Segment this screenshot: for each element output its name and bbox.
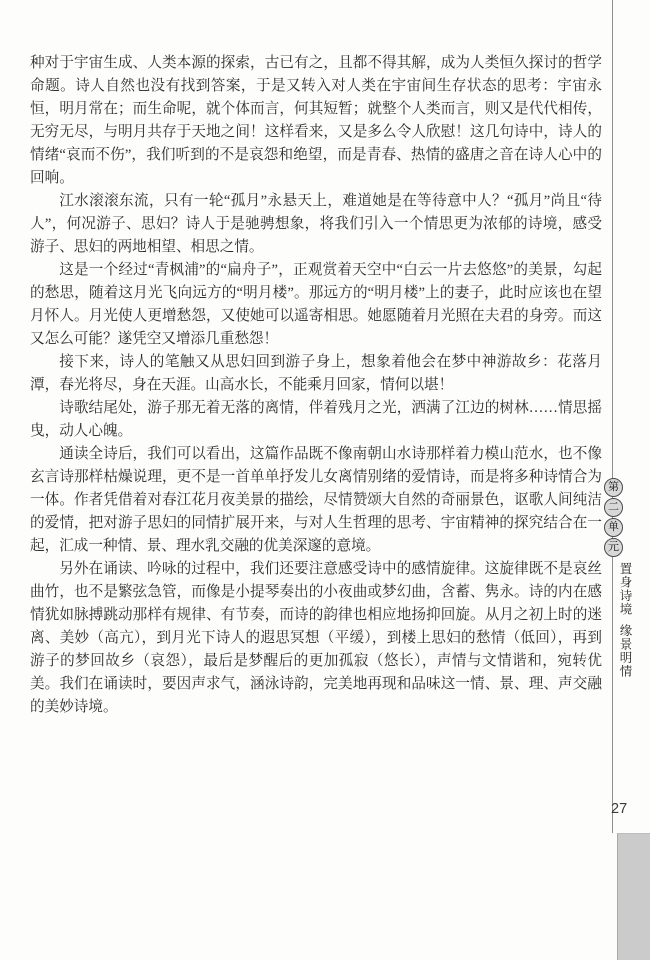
page-edge-shading <box>617 833 650 960</box>
unit-number-badge: 第 二 单 元 <box>604 478 623 557</box>
unit-badge-char: 第 <box>604 478 623 497</box>
paragraph: 通读全诗后，我们可以看出，这篇作品既不像南朝山水诗那样着力模山范水，也不像玄言诗… <box>30 443 602 558</box>
sidebar-rule <box>612 0 613 833</box>
body-text: 种对于宇宙生成、人类本源的探索，古已有之，且都不得其解，成为人类恒久探讨的哲学命… <box>30 52 602 719</box>
paragraph: 另外在诵读、吟咏的过程中，我们还要注意感受诗中的感情旋律。这旋律既不是哀丝曲竹，… <box>30 558 602 719</box>
unit-badge-char: 元 <box>604 538 623 557</box>
unit-title-vertical-part1: 置身诗境 <box>618 562 634 616</box>
unit-badge-char: 二 <box>604 498 623 517</box>
unit-title-vertical-part2: 缘景明情 <box>618 624 634 678</box>
paragraph: 种对于宇宙生成、人类本源的探索，古已有之，且都不得其解，成为人类恒久探讨的哲学命… <box>30 52 602 190</box>
paragraph: 这是一个经过“青枫浦”的“扁舟子”，正观赏着天空中“白云一片去悠悠”的美景，勾起… <box>30 259 602 351</box>
paragraph: 接下来，诗人的笔触又从思妇回到游子身上，想象着他会在梦中神游故乡：花落月潭，春光… <box>30 351 602 397</box>
paragraph: 诗歌结尾处，游子那无着无落的离情，伴着残月之光，洒满了江边的树林……情思摇曳，动… <box>30 397 602 443</box>
page-number: 27 <box>611 801 627 817</box>
unit-badge-char: 单 <box>604 518 623 537</box>
textbook-page: 种对于宇宙生成、人类本源的探索，古已有之，且都不得其解，成为人类恒久探讨的哲学命… <box>0 0 650 960</box>
paragraph: 江水滚滚东流，只有一轮“孤月”永悬天上，难道她是在等待意中人？“孤月”尚且“待人… <box>30 190 602 259</box>
